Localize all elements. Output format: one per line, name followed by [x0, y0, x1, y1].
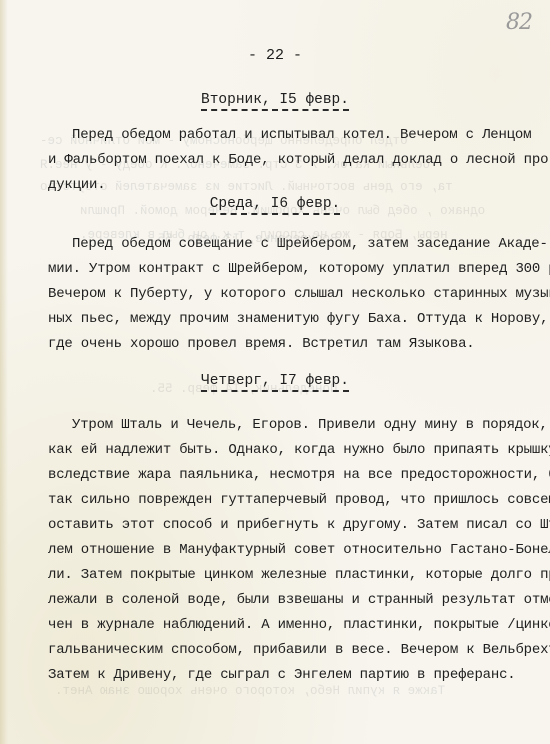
- page-number: - 22 -: [0, 47, 550, 64]
- text-line: так сильно поврежден гуттаперчевый прово…: [48, 488, 518, 513]
- document-page: отдел определенно Щербоносному - мой отл…: [0, 0, 550, 744]
- text-line: оставить этот способ и прибегнуть к друг…: [48, 513, 518, 538]
- text-line: Вечером к Пуберту, у которого слышал нес…: [48, 282, 518, 307]
- text-line: Перед обедом совещание с Шрейбером, зате…: [48, 232, 518, 257]
- text-line: ных пьес, между прочим знаменитую фугу Б…: [48, 307, 518, 332]
- text-line: чен в журнале наблюдений. А именно, плас…: [48, 613, 518, 638]
- text-line: Утром Шталь и Чечель, Егоров. Привели од…: [48, 413, 518, 438]
- entry-body: Перед обедом работал и испытывал котел. …: [48, 123, 518, 198]
- entry-heading: Среда, I6 февр.: [0, 196, 550, 215]
- entry-heading: Четверг, I7 февр.: [0, 373, 550, 392]
- text-line: где очень хорошо провел время. Встретил …: [48, 332, 518, 357]
- entry-heading: Вторник, I5 февр.: [0, 92, 550, 111]
- entry-body: Перед обедом совещание с Шрейбером, зате…: [48, 232, 518, 357]
- text-line: гальваническим способом, прибавили в вес…: [48, 638, 518, 663]
- text-line: Перед обедом работал и испытывал котел. …: [48, 123, 518, 148]
- entry-heading-text: Среда, I6 февр.: [210, 196, 341, 215]
- entry-heading-text: Четверг, I7 февр.: [201, 373, 349, 392]
- text-line: лежали в соленой воде, были взвешаны и с…: [48, 588, 518, 613]
- text-line: ли. Затем покрытые цинком железные пласт…: [48, 563, 518, 588]
- text-line: дукции.: [48, 173, 518, 198]
- entry-body: Утром Шталь и Чечель, Егоров. Привели од…: [48, 413, 518, 688]
- text-line: вследствие жара паяльника, несмотря на в…: [48, 463, 518, 488]
- text-line: Затем к Дривену, где сыграл с Энгелем па…: [48, 663, 518, 688]
- entry-heading-text: Вторник, I5 февр.: [201, 92, 349, 111]
- text-line: как ей надлежит быть. Однако, когда нужн…: [48, 438, 518, 463]
- text-line: мии. Утром контракт с Шрейбером, котором…: [48, 257, 518, 282]
- archive-folio-number: 82: [506, 10, 532, 35]
- text-line: и Фальбортом поехал к Боде, который дела…: [48, 148, 518, 173]
- page-edge-shadow: [0, 0, 8, 744]
- text-line: лем отношение в Мануфактурный совет отно…: [48, 538, 518, 563]
